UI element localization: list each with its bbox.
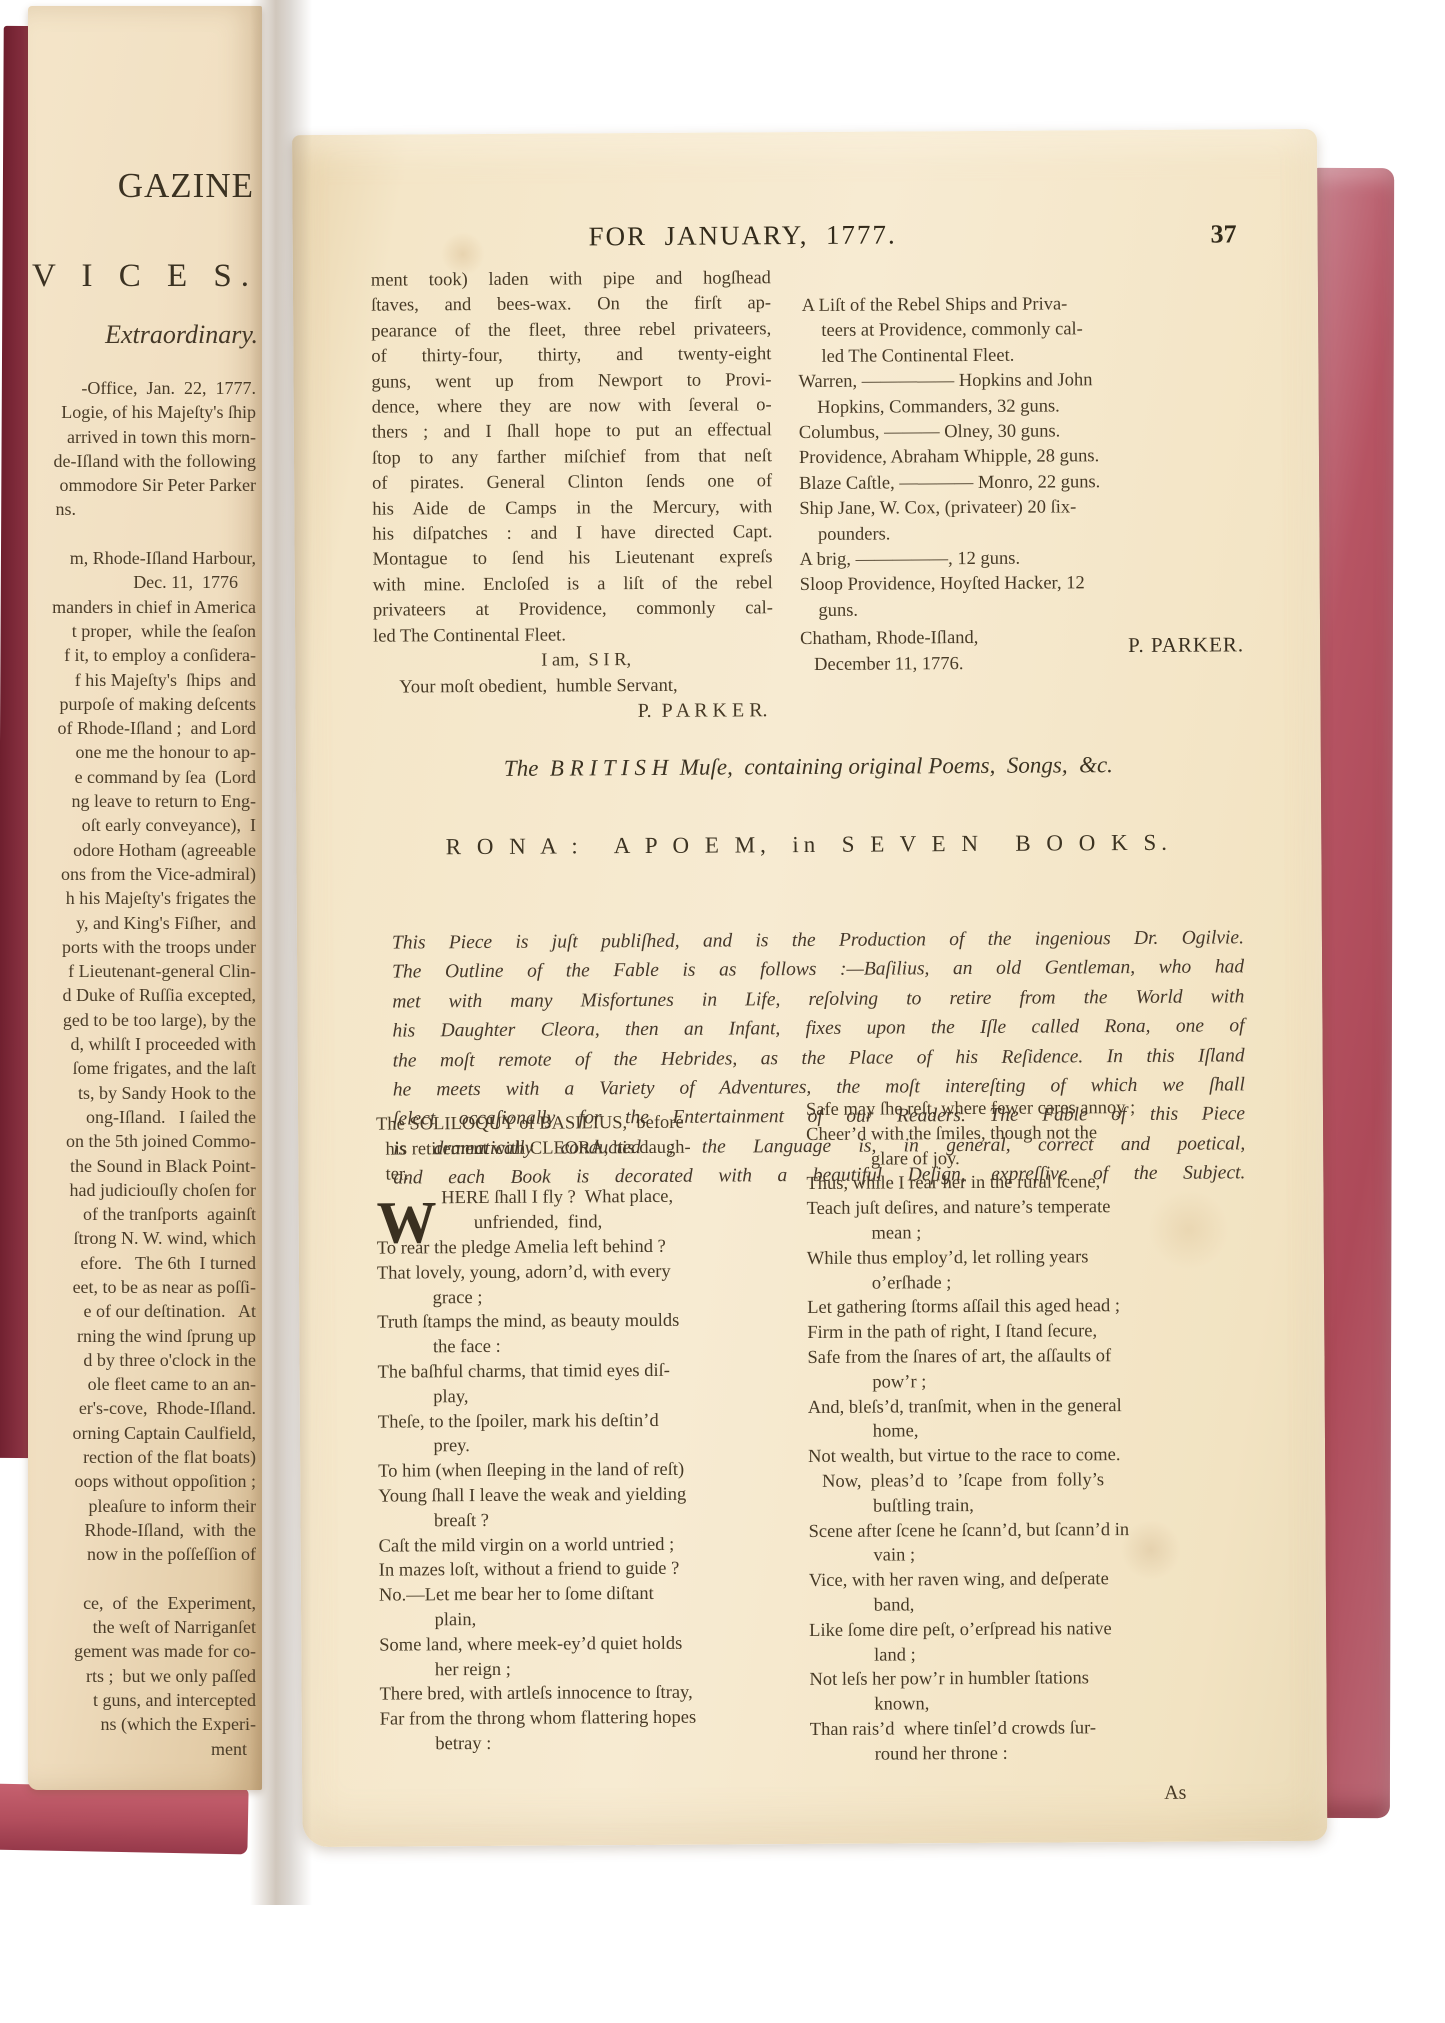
text-line [28, 1567, 256, 1591]
text-line: ged to be too large), by the [28, 1008, 256, 1032]
text-line: e command by ſea (Lord [28, 765, 256, 789]
text-line: HERE ſhall I fly ? What place, [376, 1184, 794, 1211]
text-line: the Sound in Black Point- [28, 1154, 256, 1178]
text-line: vain ; [809, 1542, 1263, 1570]
text-line: Dec. 11, 1776 [28, 570, 256, 594]
text-line: f Lieutenant-general Clin- [28, 959, 256, 983]
text-line: pearance of the fleet, three rebel priva… [371, 317, 771, 345]
text-line: ſome frigates, and the laſt [28, 1056, 256, 1080]
text-line: The SOLILOQUY of BASILIUS, before [376, 1110, 794, 1137]
text-line: Some land, where meek-ey’d quiet holds [379, 1631, 797, 1658]
text-line: Ship Jane, W. Cox, (privateer) 20 ſix- [799, 495, 1243, 523]
text-line: glare of joy. [806, 1145, 1260, 1173]
rona-poem-title: R O N A : A P O E M, in S E V E N B O O … [336, 829, 1281, 861]
text-line: play, [378, 1383, 796, 1410]
fleet-dateline: Chatham, Rhode-Iſland, December 11, 1776… [800, 625, 1244, 679]
text-line: ſtrong N. W. wind, which [28, 1226, 256, 1250]
text-line: now in the poſſeſſion of [28, 1542, 256, 1566]
british-muse-section-heading: The B R I T I S H Muſe, containing origi… [336, 751, 1281, 783]
text-line: rning the wind ſprung up [28, 1324, 256, 1348]
text-line: Teach juſt deſires, and nature’s tempera… [807, 1194, 1261, 1222]
text-line [28, 522, 256, 546]
text-line: of thirty-four, thirty, and twenty-eight [371, 342, 771, 370]
poem-column-left: The SOLILOQUY of BASILIUS, before his re… [376, 1110, 798, 1757]
text-line: Safe may ſhe reſt, where fewer cares ann… [806, 1095, 1260, 1123]
text-line: betray : [380, 1730, 798, 1757]
letter-closing-line: Your moſt obedient, humble Servant, [373, 673, 773, 701]
text-line: pleaſure to inform their [28, 1494, 256, 1518]
text-line: round her throne : [810, 1740, 1264, 1768]
text-line: That lovely, young, adorn’d, with every [377, 1259, 795, 1286]
text-line: of pirates. General Clinton ſends one of [372, 469, 772, 497]
text-line: odore Hotham (agreeable [28, 838, 256, 862]
letter-column: ment took) laden with pipe and hogſheadſ… [371, 266, 774, 726]
main-page: FOR JANUARY, 1777. 37 ment took) laden w… [292, 129, 1327, 1847]
text-line: Cheer’d with the ſmiles, though not the [806, 1120, 1260, 1148]
text-line: efore. The 6th I turned [28, 1251, 256, 1275]
text-line: In mazes loſt, without a friend to guide… [379, 1556, 797, 1583]
text-line: Logie, of his Majeſty's ſhip [28, 400, 256, 424]
text-line: h his Majeſty's frigates the [28, 886, 256, 910]
text-line: pounders. [799, 520, 1243, 548]
text-line: unfriended, find, [377, 1209, 795, 1236]
text-line: gement was made for co- [28, 1639, 256, 1663]
text-line: buſtling train, [808, 1492, 1262, 1520]
text-line: known, [810, 1690, 1264, 1718]
text-line: guns. [800, 596, 1244, 624]
text-line: ng leave to return to Eng- [28, 789, 256, 813]
text-line: Safe from the ſnares of art, the aſſault… [807, 1343, 1261, 1371]
text-line: Caſt the mild virgin on a world untried … [379, 1532, 797, 1559]
text-line: led The Continental Fleet. [798, 342, 1242, 370]
soliloquy-heading: The SOLILOQUY of BASILIUS, before his re… [376, 1110, 794, 1187]
text-line: d, whilſt I proceeded with [28, 1032, 256, 1056]
text-line: There bred, with artleſs innocence to ſt… [379, 1680, 797, 1707]
text-line: While thus employ’d, let rolling years [807, 1244, 1261, 1272]
text-line: The baſhful charms, that timid eyes diſ- [377, 1358, 795, 1385]
text-line: Columbus, ——— Olney, 30 guns. [799, 418, 1243, 446]
text-line: Now, pleas’d to ’ſcape from folly’s [808, 1467, 1262, 1495]
text-line: of the tranſports againſt [28, 1202, 256, 1226]
text-line: his diſpatches : and I have directed Cap… [372, 520, 772, 548]
letter-signature: P. P A R K E R. [373, 698, 773, 726]
text-line: the weſt of Narriganſet [28, 1615, 256, 1639]
left-page-section-fragment: V I C E S. [32, 258, 258, 295]
text-line: Sloop Providence, Hoyſted Hacker, 12 [800, 571, 1244, 599]
text-line: Like ſome dire peſt, o’erſpread his nati… [809, 1616, 1263, 1644]
text-line: manders in chief in America [28, 595, 256, 619]
text-line: ole fleet came to an an- [28, 1372, 256, 1396]
text-line: ong-Iſland. I ſailed the [28, 1105, 256, 1129]
text-line: Warren, ————— Hopkins and John [798, 368, 1242, 396]
text-line: To rear the pledge Amelia left behind ? [377, 1234, 795, 1261]
fleet-list-entries: Warren, ————— Hopkins and John Hopkins, … [798, 368, 1244, 625]
text-line: rection of the flat boats) [28, 1445, 256, 1469]
text-line: Rhode-Iſland, with the [28, 1518, 256, 1542]
text-line: er's-cove, Rhode-Iſland. [28, 1396, 256, 1420]
book-photograph: GAZINE V I C E S. Extraordinary. -Office… [0, 0, 1445, 2023]
text-line: his Daughter Cleora, then an Infant, fix… [392, 1012, 1244, 1047]
text-line: land ; [809, 1641, 1263, 1669]
text-line: prey. [378, 1432, 796, 1459]
text-line: of Rhode-Iſland ; and Lord [28, 716, 256, 740]
text-line: ts, by Sandy Hook to the [28, 1081, 256, 1105]
fleet-list-heading: A Liſt of the Rebel Ships and Priva- tee… [798, 291, 1242, 370]
text-line: Not wealth, but virtue to the race to co… [808, 1442, 1262, 1470]
text-line: Scene after ſcene he ſcann’d, but ſcann’… [808, 1517, 1262, 1545]
text-line: ports with the troops under [28, 935, 256, 959]
text-line: ommodore Sir Peter Parker [28, 473, 256, 497]
catchword: As [1164, 1782, 1186, 1805]
text-line: -Office, Jan. 22, 1777. [28, 376, 256, 400]
text-line: pow’r ; [808, 1368, 1262, 1396]
text-line: Providence, Abraham Whipple, 28 guns. [799, 444, 1243, 472]
text-line: his retirement with CLEORA, his daugh- [376, 1135, 794, 1162]
fleet-signature: P. PARKER. [1128, 633, 1244, 659]
text-line: Young ſhall I leave the weak and yieldin… [378, 1482, 796, 1509]
text-line: teers at Providence, commonly cal- [798, 317, 1242, 345]
text-line: ment took) laden with pipe and hogſhead [371, 266, 771, 294]
text-line: e of our deſtination. At [28, 1299, 256, 1323]
text-line: ſtaves, and bees-wax. On the firſt ap- [371, 292, 771, 320]
text-line: Theſe, to the ſpoiler, mark his deſtin’d [378, 1408, 796, 1435]
page-header-title: FOR JANUARY, 1777. [528, 219, 958, 253]
text-line: ſtop to any farther miſchief from that n… [372, 444, 772, 472]
left-page-partial: GAZINE V I C E S. Extraordinary. -Office… [28, 6, 262, 1790]
book-cover-edge-bottom [0, 1784, 249, 1855]
fleet-list-column: A Liſt of the Rebel Ships and Priva- tee… [798, 291, 1244, 678]
text-line: purpoſe of making deſcents [28, 692, 256, 716]
text-line: y, and King's Fiſher, and [28, 911, 256, 935]
text-line: ns. [28, 497, 256, 521]
text-line: led The Continental Fleet. [373, 622, 773, 650]
text-line: f it, to employ a conſidera- [28, 643, 256, 667]
text-line: orning Captain Caulfield, [28, 1421, 256, 1445]
text-line: Thus, while I rear her in the rural ſcen… [806, 1170, 1260, 1198]
text-line: thers ; and I ſhall hope to put an effec… [372, 419, 772, 447]
text-line: mean ; [807, 1219, 1261, 1247]
left-page-text-fragments: -Office, Jan. 22, 1777.Logie, of his Maj… [28, 376, 256, 1761]
text-line: oops without oppoſition ; [28, 1469, 256, 1493]
text-line: the face : [377, 1333, 795, 1360]
left-page-masthead-fragment: GAZINE [118, 166, 254, 206]
text-line: Hopkins, Commanders, 32 guns. [799, 393, 1243, 421]
page-number: 37 [1211, 219, 1237, 249]
text-line: Than rais’d where tinſel’d crowds ſur- [810, 1715, 1264, 1743]
text-line: privateers at Providence, commonly cal- [373, 596, 773, 624]
text-line: A brig, —————, 12 guns. [800, 545, 1244, 573]
text-line: arrived in town this morn- [28, 425, 256, 449]
text-line: plain, [379, 1606, 797, 1633]
poem-column-right: Safe may ſhe reſt, where fewer cares ann… [806, 1095, 1264, 1767]
text-line: Blaze Caſtle, ———— Monro, 22 guns. [799, 469, 1243, 497]
text-line: ter. [376, 1160, 794, 1187]
text-line: ons from the Vice-admiral) [28, 862, 256, 886]
text-line: ment [28, 1737, 256, 1761]
text-line: Far from the throng whom flattering hope… [380, 1705, 798, 1732]
text-line: his Aide de Camps in the Mercury, with [372, 495, 772, 523]
text-line: eet, to be as near as poſſi- [28, 1275, 256, 1299]
text-line: To him (when ſleeping in the land of reſ… [378, 1457, 796, 1484]
text-line: band, [809, 1591, 1263, 1619]
text-line: t proper, while the ſeaſon [28, 619, 256, 643]
text-line: one me the honour to ap- [28, 740, 256, 764]
text-line: And, bleſs’d, tranſmit, when in the gene… [808, 1393, 1262, 1421]
poem-left-lines: HERE ſhall I fly ? What place, unfriende… [376, 1184, 797, 1757]
text-line: ce, of the Experiment, [28, 1591, 256, 1615]
text-line: Let gathering ſtorms aſſail this aged he… [807, 1294, 1261, 1322]
text-line: Truth ſtamps the mind, as beauty moulds [377, 1308, 795, 1335]
text-line: d Duke of Ruſſia excepted, [28, 983, 256, 1007]
text-line: t guns, and intercepted [28, 1688, 256, 1712]
text-line: Montague to ſend his Lieutenant expreſs [373, 546, 773, 574]
text-line: breaſt ? [378, 1507, 796, 1534]
text-line: guns, went up from Newport to Provi- [371, 368, 771, 396]
text-line: ns (which the Experi- [28, 1712, 256, 1736]
drop-cap-letter: W [376, 1194, 436, 1250]
text-line: m, Rhode-Iſland Harbour, [28, 546, 256, 570]
text-line: oſt early conveyance), I [28, 813, 256, 837]
text-line: with mine. Encloſed is a liſt of the reb… [373, 571, 773, 599]
text-line: No.—Let me bear her to ſome diſtant [379, 1581, 797, 1608]
text-line: d by three o'clock in the [28, 1348, 256, 1372]
text-line: o’erſhade ; [807, 1269, 1261, 1297]
text-line: f his Majeſty's ſhips and [28, 668, 256, 692]
text-line: dence, where they are now with ſeveral o… [372, 393, 772, 421]
text-line: home, [808, 1418, 1262, 1446]
text-line: Vice, with her raven wing, and deſperate [809, 1566, 1263, 1594]
letter-closing-salutation: I am, S I R, [373, 647, 773, 675]
text-line: her reign ; [379, 1656, 797, 1683]
left-page-subsection-fragment: Extraordinary. [105, 320, 258, 350]
text-line: on the 5th joined Commo- [28, 1129, 256, 1153]
letter-body: ment took) laden with pipe and hogſheadſ… [371, 266, 773, 650]
text-line: grace ; [377, 1284, 795, 1311]
text-line: had judiciouſly choſen for [28, 1178, 256, 1202]
text-line: Firm in the path of right, I ſtand ſecur… [807, 1318, 1261, 1346]
text-line: rts ; but we only paſſed [28, 1664, 256, 1688]
text-line: Not leſs her pow’r in humbler ſtations [809, 1666, 1263, 1694]
text-line: de-Iſland with the following [28, 449, 256, 473]
text-line: A Liſt of the Rebel Ships and Priva- [798, 291, 1242, 319]
